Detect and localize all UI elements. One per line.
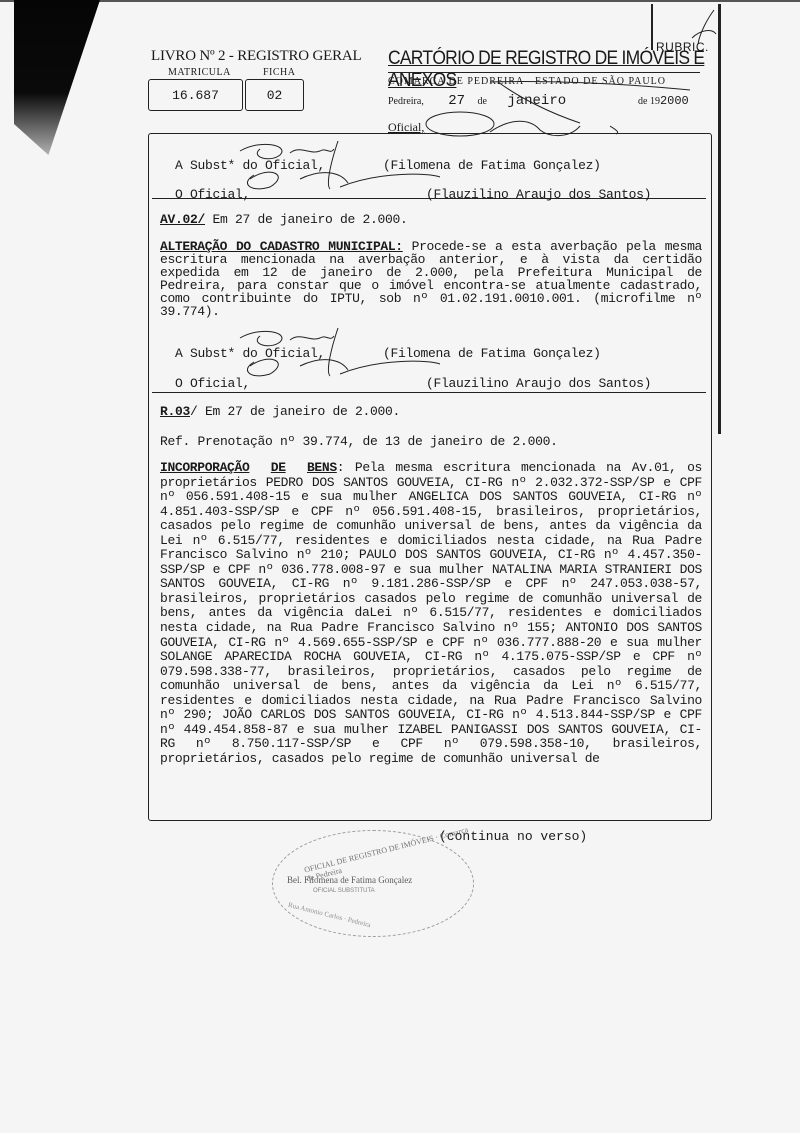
- sig1-oficial-name: (Flauzilino Araujo dos Santos): [426, 187, 651, 202]
- sig1-oficial-label: O Oficial,: [175, 187, 250, 202]
- ficha-box: 02: [245, 79, 304, 111]
- r03-ref: Ref. Prenotação nº 39.774, de 13 de jane…: [160, 434, 558, 449]
- sig2-oficial-name: (Flauzilino Araujo dos Santos): [426, 376, 651, 391]
- date-year-line: de 192000: [638, 93, 689, 109]
- r03-title-1: INCORPORAÇÃO: [160, 460, 249, 475]
- date-year: 2000: [660, 94, 689, 108]
- sig2-oficial-row: O Oficial,(Flauzilino Araujo dos Santos): [160, 361, 651, 391]
- r03-body: INCORPORAÇÃO DE BENS: Pela mesma escritu…: [160, 461, 702, 766]
- date-de: de: [477, 96, 486, 107]
- sig1-subst-label: A Subst* do Oficial,: [175, 158, 325, 173]
- date-de-19: de 19: [638, 96, 660, 107]
- stamp-bottom-text: Rua Antonio Carlos · Pedreira: [287, 901, 371, 929]
- sig2-subst-row: A Subst* do Oficial,(Filomena de Fatima …: [160, 331, 601, 361]
- r03-date: / Em 27 de janeiro de 2.000.: [190, 404, 400, 419]
- sig2-subst-label: A Subst* do Oficial,: [175, 346, 325, 361]
- comarca-line: COMARCA DE PEDREIRA - ESTADO DE SÃO PAUL…: [388, 76, 666, 87]
- r03-title-2: DE: [271, 460, 286, 475]
- official-stamp: OFICIAL DE REGISTRO DE IMÓVEIS · Comarca…: [272, 830, 474, 937]
- r03-label: R.03: [160, 404, 190, 419]
- date-month: janeiro: [507, 93, 566, 109]
- av02-label: AV.02/: [160, 212, 205, 227]
- matricula-box: 16.687: [148, 79, 243, 111]
- av02-body: ALTERAÇÃO DO CADASTRO MUNICIPAL: Procede…: [160, 240, 702, 318]
- sig1-subst-name: (Filomena de Fatima Gonçalez): [383, 158, 601, 173]
- av02-heading: AV.02/ Em 27 de janeiro de 2.000.: [160, 212, 408, 227]
- title-underline: [388, 72, 700, 73]
- matricula-value: 16.687: [172, 88, 219, 103]
- matricula-label: MATRICULA: [168, 67, 231, 78]
- date-day: 27: [448, 93, 465, 109]
- stamp-subtitle: OFICIAL SUBSTITUTA: [313, 888, 375, 894]
- r03-text: : Pela mesma escritura mencionada na Av.…: [160, 460, 702, 766]
- livro-title: LIVRO Nº 2 - REGISTRO GERAL: [151, 48, 362, 65]
- sig1-subst-row: A Subst* do Oficial,(Filomena de Fatima …: [160, 143, 601, 173]
- scan-top-border: [0, 0, 800, 2]
- sig2-subst-name: (Filomena de Fatima Gonçalez): [383, 346, 601, 361]
- divider-1: [152, 198, 706, 199]
- scan-shadow-artifact: [14, 0, 100, 155]
- ficha-label: FICHA: [263, 67, 296, 78]
- r03-heading: R.03/ Em 27 de janeiro de 2.000.: [160, 404, 400, 419]
- ficha-value: 02: [267, 88, 283, 103]
- r03-title-3: BENS: [307, 460, 337, 475]
- stamp-name: Bel. Filomena de Fatima Gonçalez: [287, 875, 412, 885]
- city-label: Pedreira,: [388, 96, 424, 107]
- divider-2: [152, 392, 706, 393]
- date-line: Pedreira, 27 de janeiro: [388, 93, 566, 109]
- rubric-divider: [651, 4, 653, 50]
- sig2-oficial-label: O Oficial,: [175, 376, 250, 391]
- av02-date: Em 27 de janeiro de 2.000.: [205, 212, 408, 227]
